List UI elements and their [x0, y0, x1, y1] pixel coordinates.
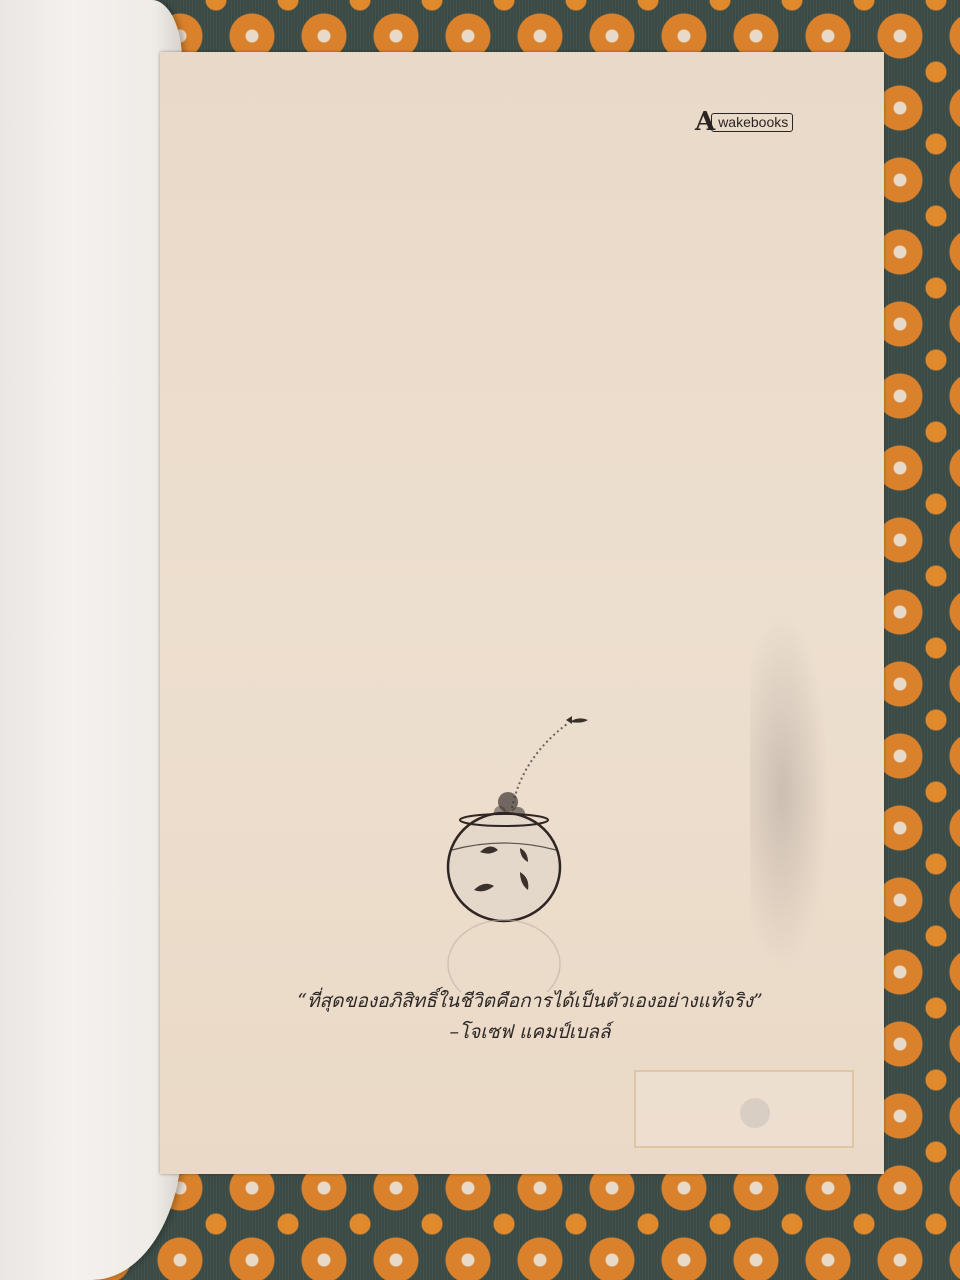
quote-text: “ที่สุดของอภิสิทธิ์ในชีวิตคือการได้เป็นต…	[250, 986, 810, 1016]
publisher-logo: A wakebooks	[695, 112, 793, 132]
fishbowl-icon	[430, 702, 590, 992]
logo-initial: A	[695, 112, 715, 132]
page-fold-shadow	[750, 612, 830, 972]
quote-author: –โจเซฟ แคมป์เบลล์	[250, 1016, 810, 1048]
fishbowl-illustration	[430, 702, 590, 992]
blank-label-sticker	[634, 1070, 854, 1148]
right-page: A wakebooks “ที่สุดของอภิสิทธิ์ในชี	[160, 52, 884, 1174]
logo-text: wakebooks	[711, 113, 793, 132]
sticker-stain	[740, 1098, 770, 1128]
epigraph: “ที่สุดของอภิสิทธิ์ในชีวิตคือการได้เป็นต…	[250, 986, 810, 1048]
left-page	[0, 0, 182, 1280]
